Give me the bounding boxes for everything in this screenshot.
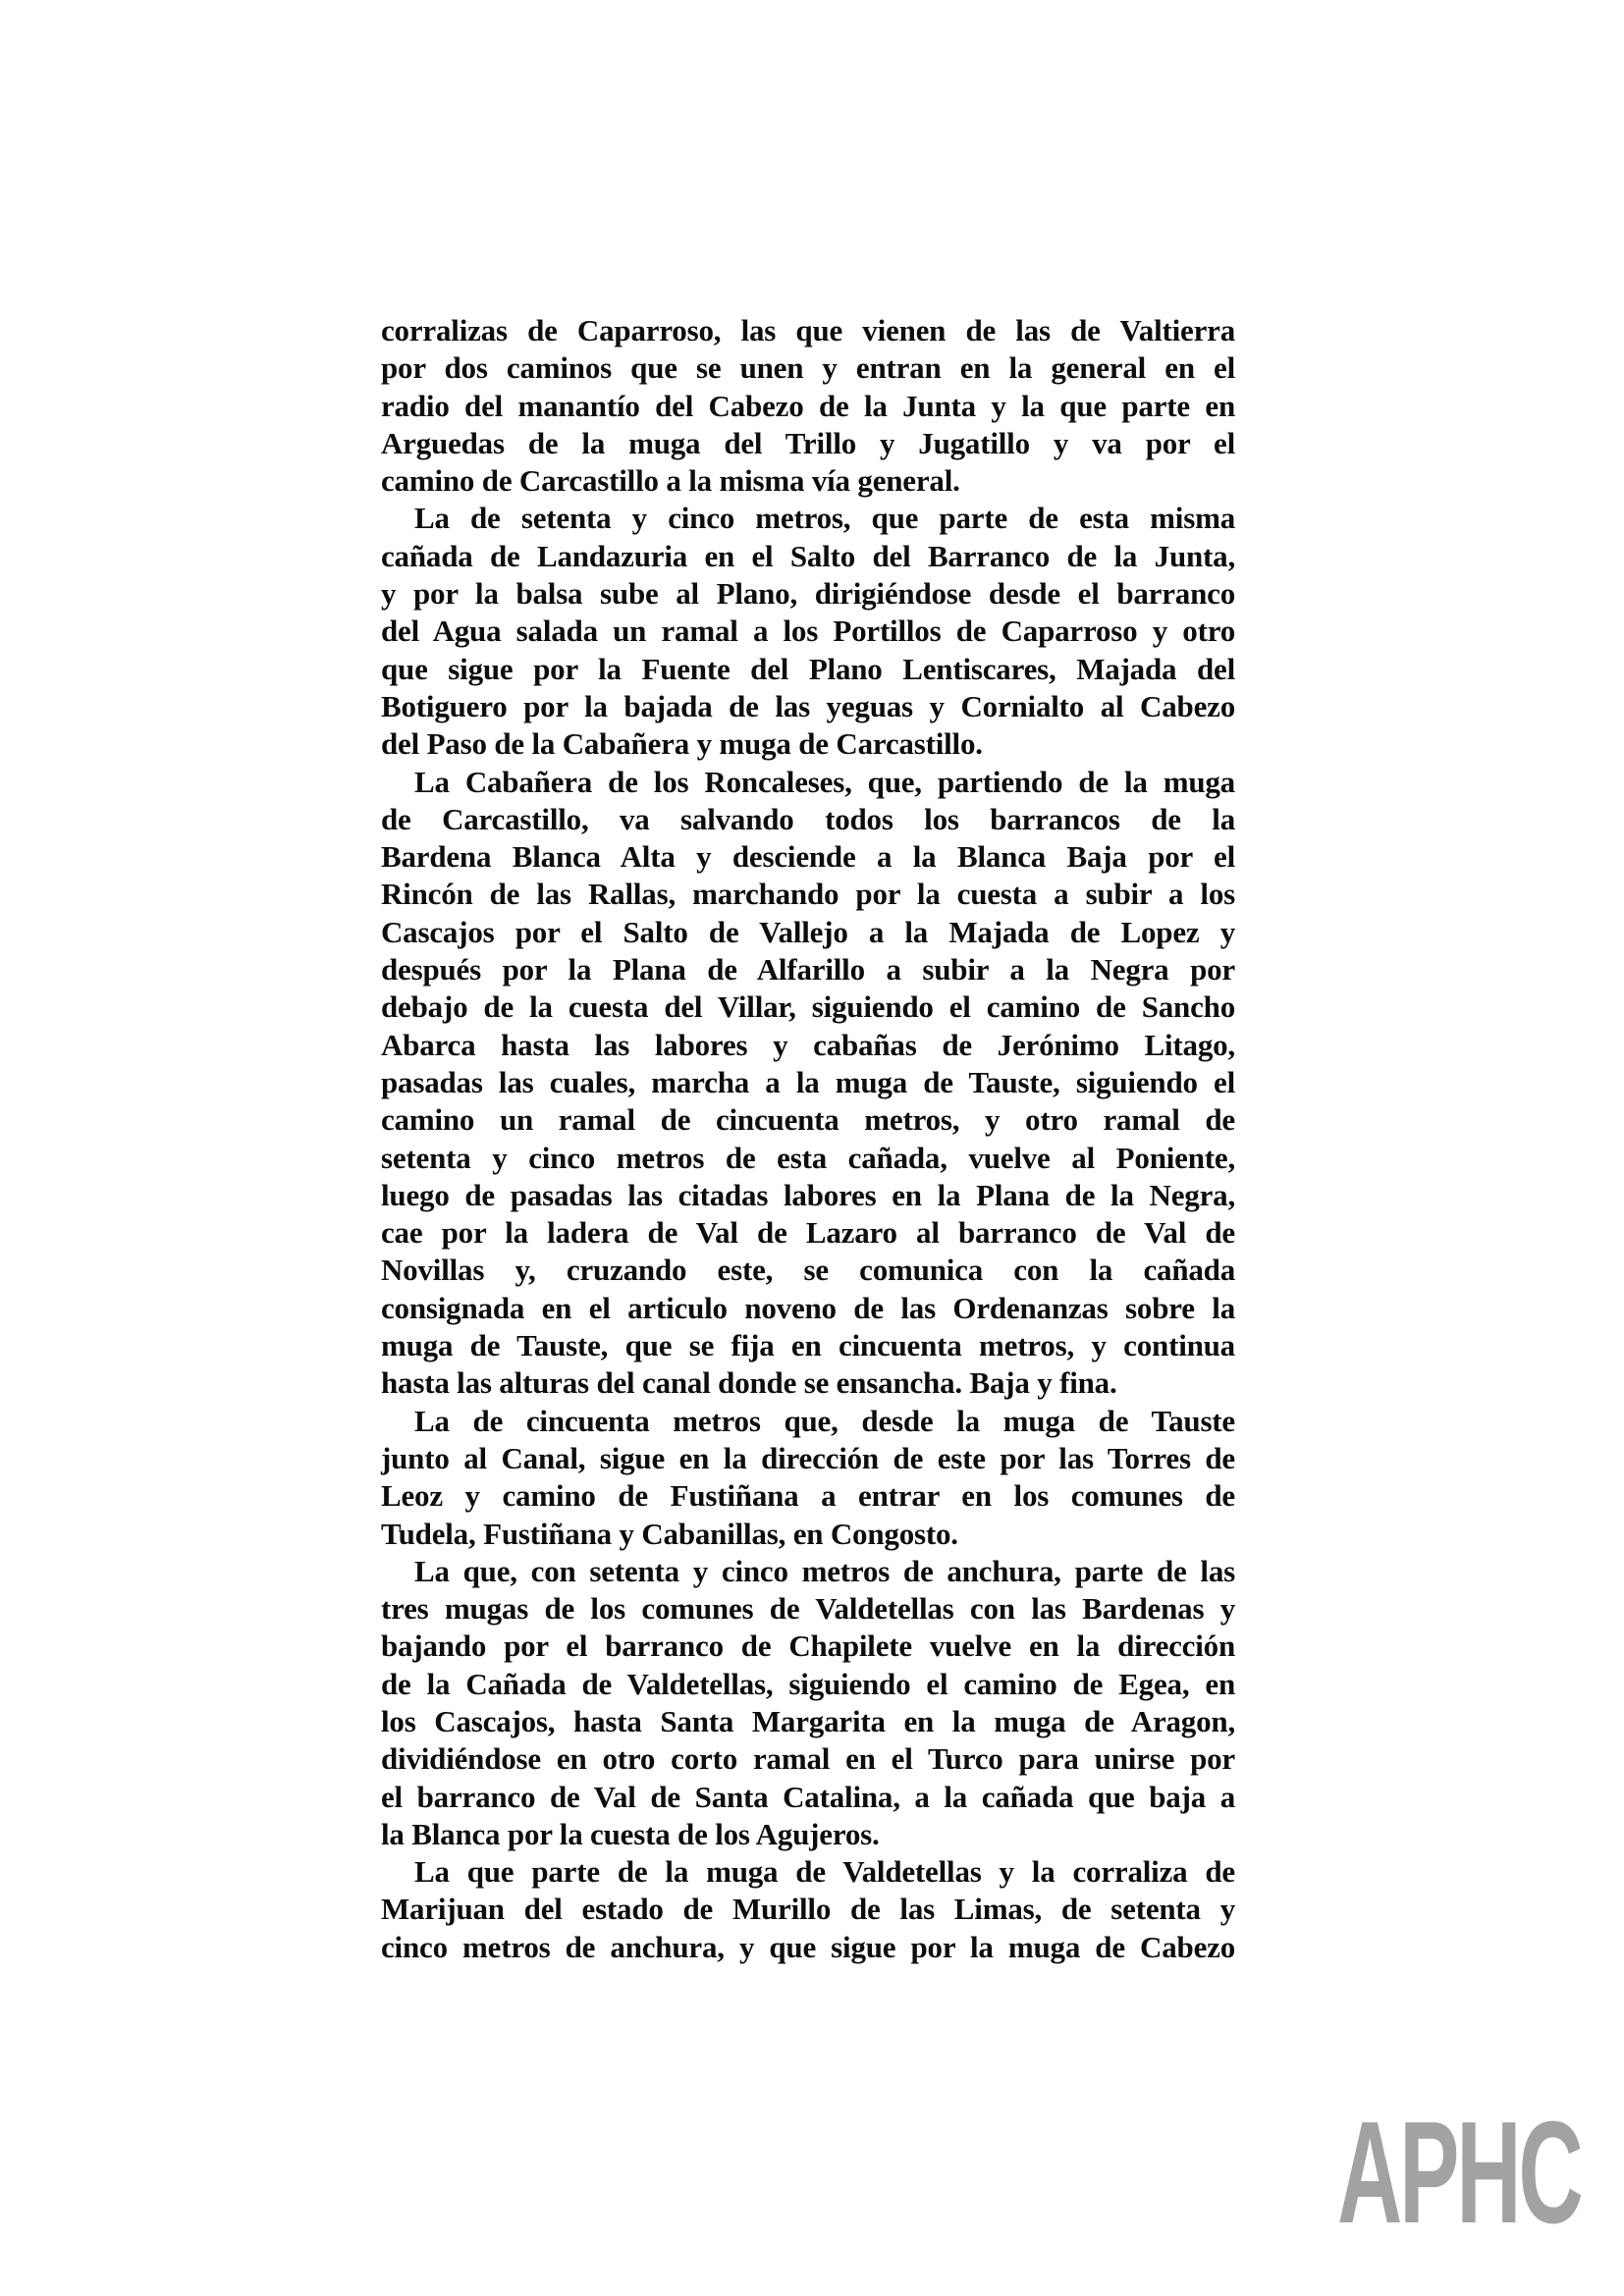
text-line: pasadas las cuales, marcha a la muga de … — [381, 1064, 1235, 1101]
text-line: bajando por el barranco de Chapilete vue… — [381, 1628, 1235, 1665]
text-line: tres mugas de los comunes de Valdetellas… — [381, 1590, 1235, 1628]
aphc-watermark: APHC — [1337, 2101, 1581, 2246]
text-line: muga de Tauste, que se fija en cincuenta… — [381, 1327, 1235, 1364]
paragraph: La Cabañera de los Roncaleses, que, part… — [381, 764, 1235, 1403]
text-line: cae por la ladera de Val de Lazaro al ba… — [381, 1214, 1235, 1252]
text-line: cinco metros de anchura, y que sigue por… — [381, 1929, 1235, 1966]
text-line: radio del manantío del Cabezo de la Junt… — [381, 388, 1235, 425]
text-line: hasta las alturas del canal donde se ens… — [381, 1364, 1235, 1402]
paragraph: La de setenta y cinco metros, que parte … — [381, 500, 1235, 763]
document-page: corralizas de Caparroso, las que vienen … — [0, 0, 1624, 2296]
text-line: Cascajos por el Salto de Vallejo a la Ma… — [381, 914, 1235, 951]
text-line: de Carcastillo, va salvando todos los ba… — [381, 801, 1235, 838]
text-line: Abarca hasta las labores y cabañas de Je… — [381, 1027, 1235, 1064]
text-line: Botiguero por la bajada de las yeguas y … — [381, 688, 1235, 725]
paragraph: La que, con setenta y cinco metros de an… — [381, 1553, 1235, 1853]
text-line: Tudela, Fustiñana y Cabanillas, en Congo… — [381, 1516, 1235, 1553]
text-line: Leoz y camino de Fustiñana a entrar en l… — [381, 1477, 1235, 1515]
paragraph: corralizas de Caparroso, las que vienen … — [381, 312, 1235, 500]
paragraph: La que parte de la muga de Valdetellas y… — [381, 1853, 1235, 1966]
text-line: de la Cañada de Valdetellas, siguiendo e… — [381, 1666, 1235, 1703]
text-line: después por la Plana de Alfarillo a subi… — [381, 951, 1235, 988]
text-line: La de setenta y cinco metros, que parte … — [381, 500, 1235, 537]
text-line: Arguedas de la muga del Trillo y Jugatil… — [381, 425, 1235, 462]
text-line: cañada de Landazuria en el Salto del Bar… — [381, 538, 1235, 575]
text-line: La Cabañera de los Roncaleses, que, part… — [381, 764, 1235, 801]
text-line: los Cascajos, hasta Santa Margarita en l… — [381, 1703, 1235, 1740]
text-line: dividiéndose en otro corto ramal en el T… — [381, 1740, 1235, 1778]
text-line: consignada en el articulo noveno de las … — [381, 1290, 1235, 1327]
text-line: Bardena Blanca Alta y desciende a la Bla… — [381, 838, 1235, 876]
text-line: camino un ramal de cincuenta metros, y o… — [381, 1101, 1235, 1139]
text-line: luego de pasadas las citadas labores en … — [381, 1177, 1235, 1214]
text-line: camino de Carcastillo a la misma vía gen… — [381, 462, 1235, 500]
paragraph: La de cincuenta metros que, desde la mug… — [381, 1403, 1235, 1553]
text-line: setenta y cinco metros de esta cañada, v… — [381, 1140, 1235, 1177]
text-line: Marijuan del estado de Murillo de las Li… — [381, 1891, 1235, 1928]
text-block: corralizas de Caparroso, las que vienen … — [381, 312, 1235, 1966]
text-line: Novillas y, cruzando este, se comunica c… — [381, 1252, 1235, 1289]
text-line: junto al Canal, sigue en la dirección de… — [381, 1440, 1235, 1477]
text-line: Rincón de las Rallas, marchando por la c… — [381, 876, 1235, 913]
text-line: el barranco de Val de Santa Catalina, a … — [381, 1779, 1235, 1816]
text-line: del Agua salada un ramal a los Portillos… — [381, 613, 1235, 650]
text-line: por dos caminos que se unen y entran en … — [381, 349, 1235, 387]
text-line: La de cincuenta metros que, desde la mug… — [381, 1403, 1235, 1440]
text-line: del Paso de la Cabañera y muga de Carcas… — [381, 725, 1235, 763]
text-line: corralizas de Caparroso, las que vienen … — [381, 312, 1235, 349]
text-line: La que, con setenta y cinco metros de an… — [381, 1553, 1235, 1590]
text-line: La que parte de la muga de Valdetellas y… — [381, 1853, 1235, 1891]
text-line: la Blanca por la cuesta de los Agujeros. — [381, 1816, 1235, 1853]
text-line: que sigue por la Fuente del Plano Lentis… — [381, 651, 1235, 688]
text-line: debajo de la cuesta del Villar, siguiend… — [381, 988, 1235, 1026]
text-line: y por la balsa sube al Plano, dirigiéndo… — [381, 575, 1235, 613]
